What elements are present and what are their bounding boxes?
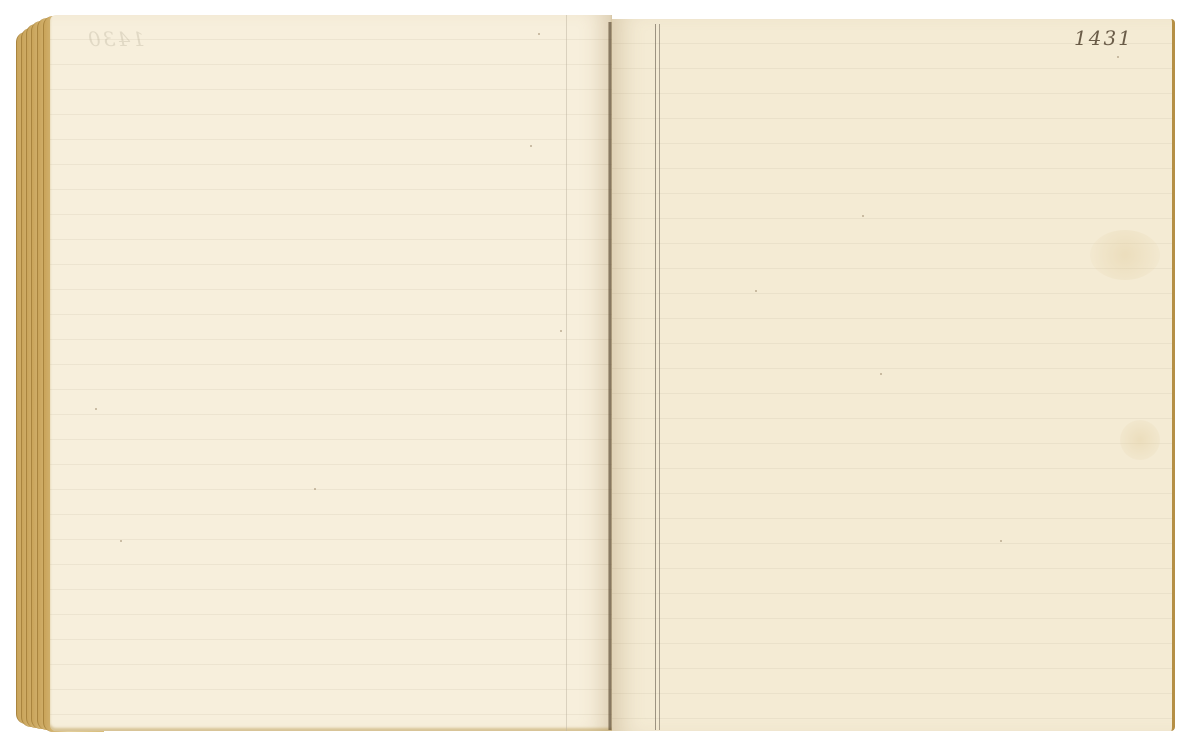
right-page-margin-line (659, 24, 660, 730)
right-page (612, 19, 1175, 731)
right-page-margin-line (655, 24, 656, 730)
paper-speck (880, 373, 882, 375)
paper-speck (755, 290, 757, 292)
paper-speck (530, 145, 532, 147)
paper-speck (314, 488, 316, 490)
left-page-margin-line (566, 15, 567, 731)
paper-speck (538, 33, 540, 35)
open-notebook: 1430 1431 (0, 0, 1200, 751)
book-gutter (608, 22, 612, 730)
left-page-number-bleedthrough: 1430 (86, 27, 145, 51)
paper-stain (1090, 230, 1160, 280)
right-page-number: 1431 (1074, 26, 1133, 50)
paper-speck (1117, 56, 1119, 58)
paper-speck (120, 540, 122, 542)
paper-speck (95, 408, 97, 410)
paper-speck (862, 215, 864, 217)
paper-speck (560, 330, 562, 332)
left-page (50, 15, 612, 731)
paper-stain (1120, 420, 1160, 460)
paper-speck (1000, 540, 1002, 542)
